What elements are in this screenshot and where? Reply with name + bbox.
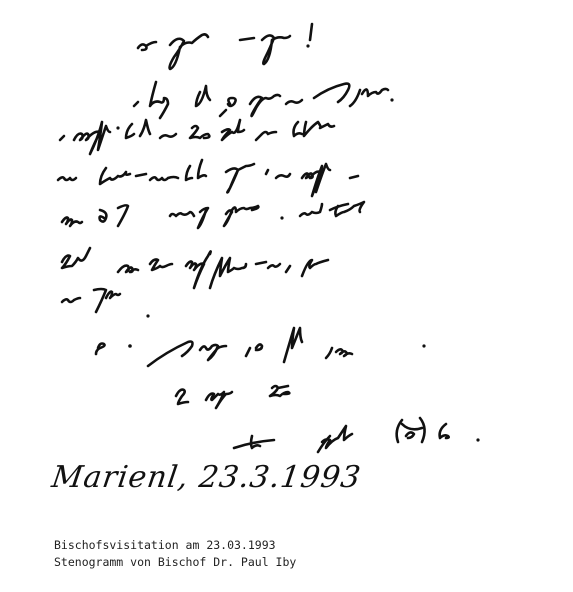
shorthand-line-2 — [134, 82, 394, 118]
shorthand-line-5 — [62, 202, 364, 228]
shorthand-line-6 — [62, 248, 328, 288]
scanned-page: Marienl, 23.3.1993 Bischofsvisitation am… — [0, 0, 573, 592]
shorthand-line-7 — [62, 289, 150, 318]
shorthand-line-9 — [176, 386, 289, 408]
shorthand-line-10 — [234, 418, 480, 452]
shorthand-line-8 — [96, 328, 426, 366]
caption: Bischofsvisitation am 23.03.1993 Stenogr… — [54, 537, 296, 571]
shorthand-line-3 — [60, 120, 334, 154]
caption-line-1: Bischofsvisitation am 23.03.1993 — [54, 537, 296, 554]
shorthand-handwriting — [0, 0, 573, 592]
shorthand-line-1 — [138, 24, 312, 69]
caption-line-2: Stenogramm von Bischof Dr. Paul Iby — [54, 554, 296, 571]
place-and-date: Marienl, 23.3.1993 — [50, 460, 364, 495]
shorthand-line-4 — [58, 160, 358, 196]
